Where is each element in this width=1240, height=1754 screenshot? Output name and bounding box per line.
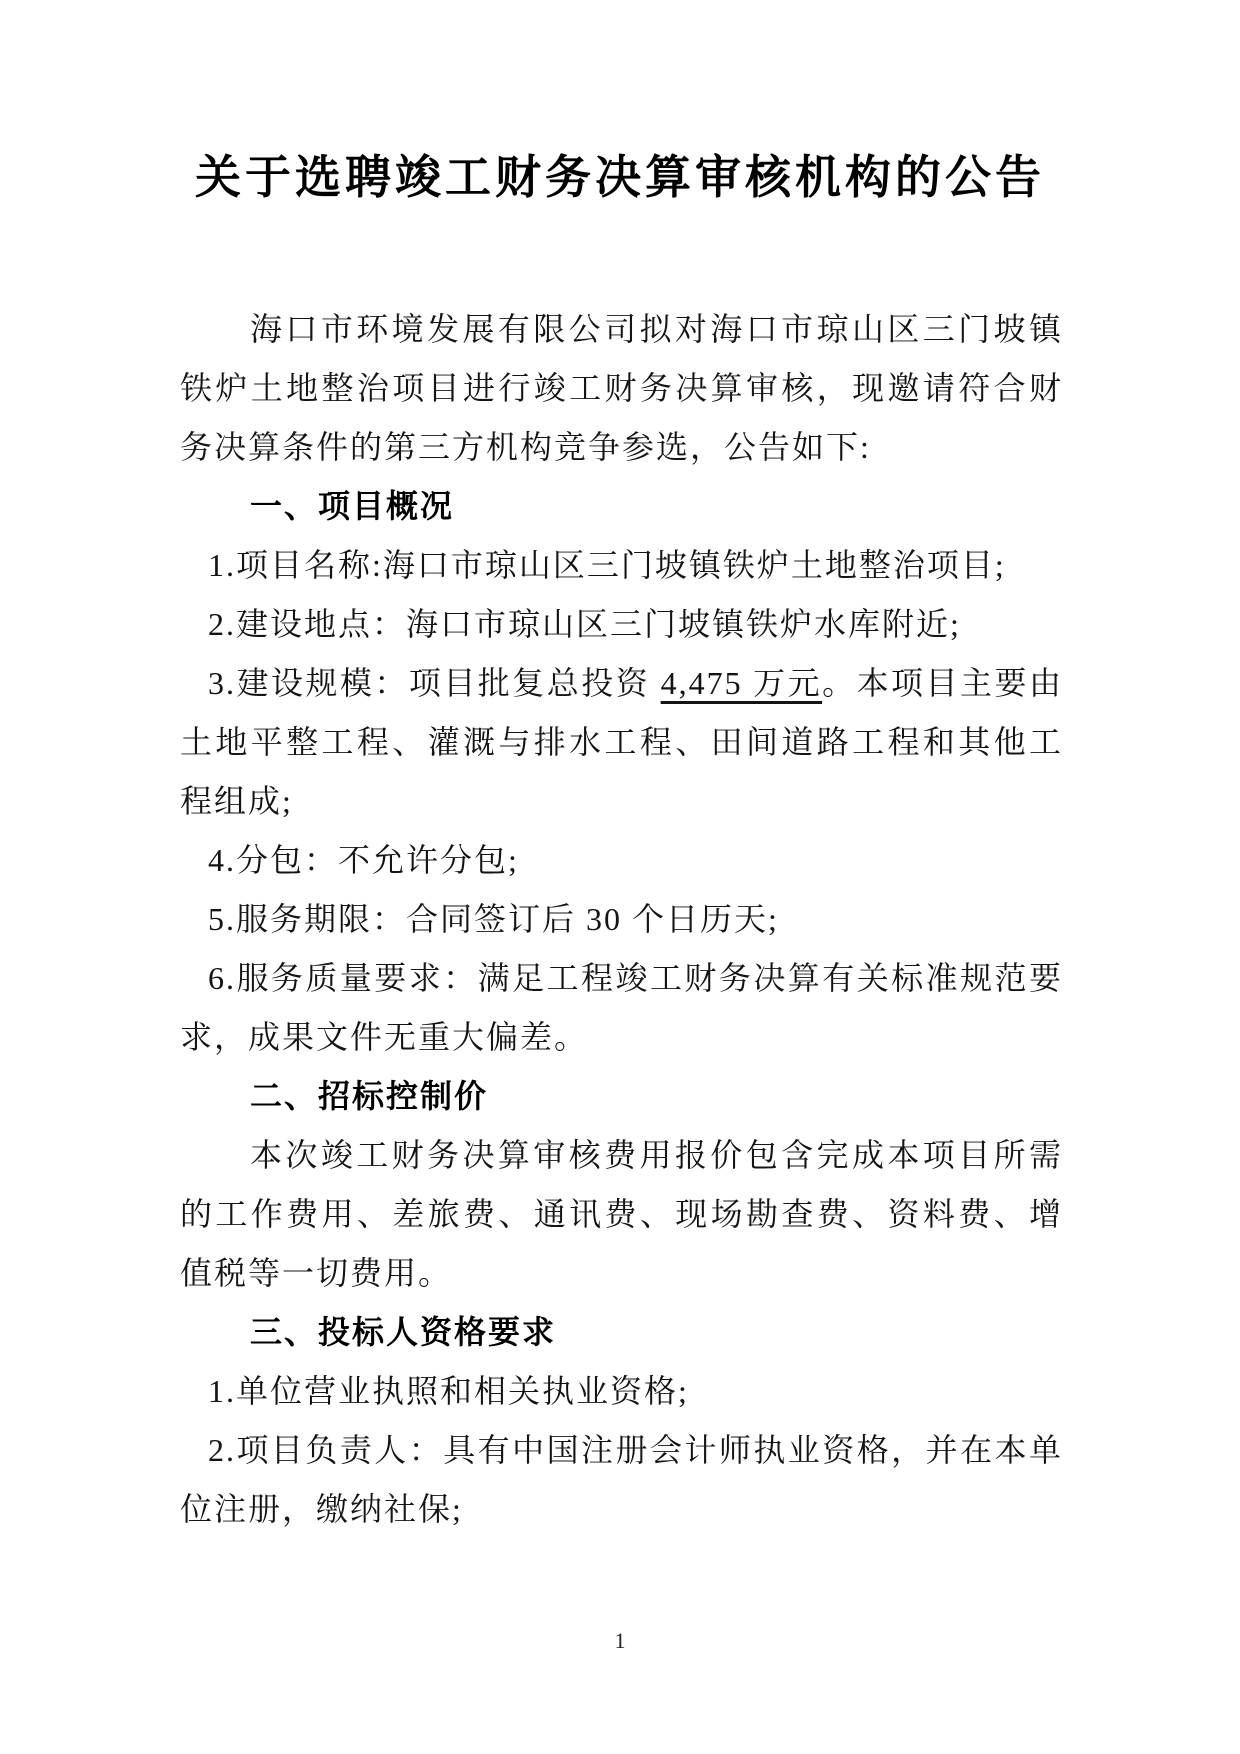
section-1-heading: 一、项目概况 xyxy=(180,477,1063,536)
item-3-investment-amount-underlined: 4,475 万元 xyxy=(661,665,822,701)
section-2-paragraph: 本次竣工财务决算审核费用报价包含完成本项目所需的工作费用、差旅费、通讯费、现场勘… xyxy=(180,1126,1063,1303)
section-2-heading: 二、招标控制价 xyxy=(180,1067,1063,1126)
section-1-item-1: 1.项目名称:海口市琼山区三门坡镇铁炉土地整治项目; xyxy=(180,536,1063,595)
document-title: 关于选聘竣工财务决算审核机构的公告 xyxy=(40,148,1200,208)
page-number: 1 xyxy=(0,1628,1240,1654)
intro-paragraph: 海口市环境发展有限公司拟对海口市琼山区三门坡镇铁炉土地整治项目进行竣工财务决算审… xyxy=(180,300,1063,477)
document-body: 海口市环境发展有限公司拟对海口市琼山区三门坡镇铁炉土地整治项目进行竣工财务决算审… xyxy=(180,300,1063,1539)
section-3-item-2: 2.项目负责人：具有中国注册会计师执业资格，并在本单位注册，缴纳社保; xyxy=(180,1421,1063,1539)
document-page: 关于选聘竣工财务决算审核机构的公告 海口市环境发展有限公司拟对海口市琼山区三门坡… xyxy=(0,0,1240,1754)
section-1-item-3: 3.建设规模：项目批复总投资 4,475 万元。本项目主要由土地平整工程、灌溉与… xyxy=(180,654,1063,831)
section-3-item-1: 1.单位营业执照和相关执业资格; xyxy=(180,1362,1063,1421)
section-1-item-6: 6.服务质量要求：满足工程竣工财务决算有关标准规范要求，成果文件无重大偏差。 xyxy=(180,949,1063,1067)
section-1-item-2: 2.建设地点：海口市琼山区三门坡镇铁炉水库附近; xyxy=(180,595,1063,654)
item-3-prefix: 3.建设规模：项目批复总投资 xyxy=(208,665,661,701)
section-1-item-5: 5.服务期限：合同签订后 30 个日历天; xyxy=(180,890,1063,949)
section-3-heading: 三、投标人资格要求 xyxy=(180,1303,1063,1362)
section-1-item-4: 4.分包：不允许分包; xyxy=(180,831,1063,890)
